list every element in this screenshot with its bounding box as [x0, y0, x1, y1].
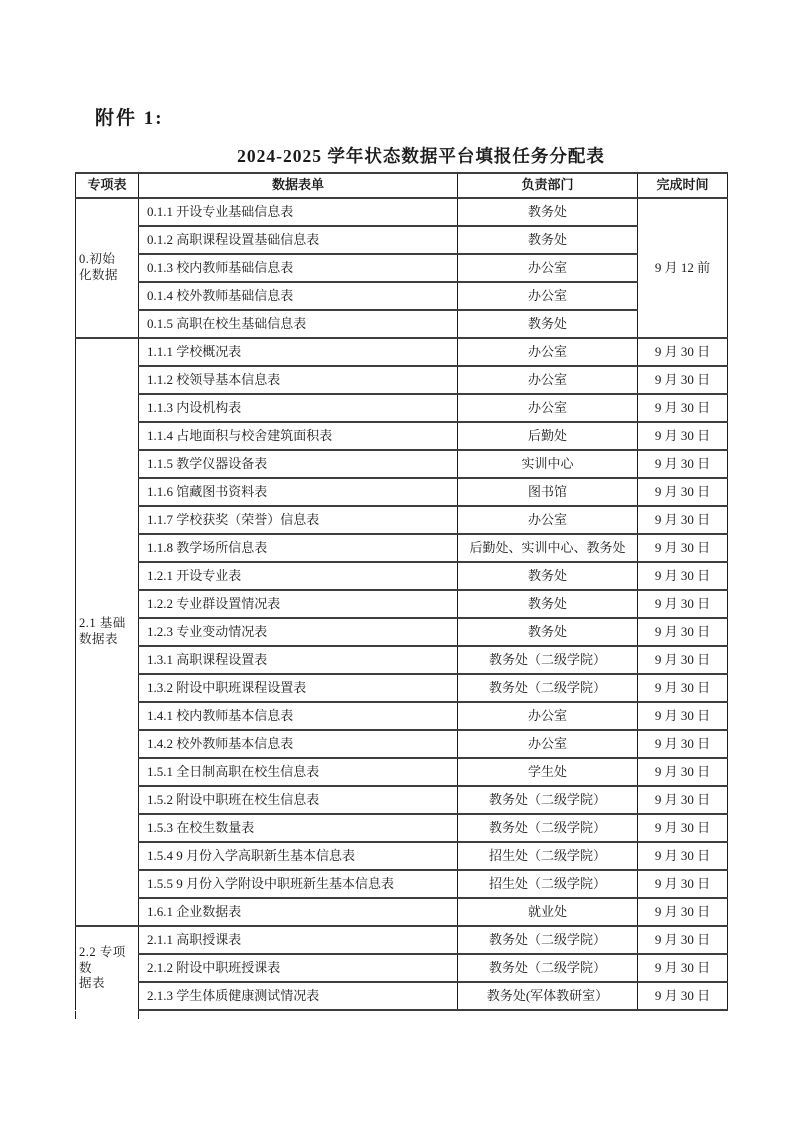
section-label-cell: 0.初始 化数据 — [76, 198, 139, 338]
department-cell: 办公室 — [458, 366, 638, 394]
table-row: 1.4.2 校外教师基本信息表办公室9 月 30 日 — [76, 730, 728, 758]
deadline-cell: 9 月 30 日 — [638, 982, 728, 1010]
department-cell: 后勤处、实训中心、教务处 — [458, 534, 638, 562]
department-cell: 教务处（二级学院） — [458, 786, 638, 814]
form-name-cell: 0.1.3 校内教师基础信息表 — [139, 254, 458, 282]
deadline-cell: 9 月 30 日 — [638, 562, 728, 590]
table-row: 0.1.3 校内教师基础信息表办公室 — [76, 254, 728, 282]
form-name-cell: 1.1.4 占地面积与校舍建筑面积表 — [139, 422, 458, 450]
form-name-cell: 1.1.3 内设机构表 — [139, 394, 458, 422]
page-break-border-stub — [138, 1011, 139, 1019]
department-cell: 办公室 — [458, 702, 638, 730]
table-row: 1.5.2 附设中职班在校生信息表教务处（二级学院）9 月 30 日 — [76, 786, 728, 814]
department-cell: 教务处（二级学院） — [458, 926, 638, 954]
table-row: 2.1 基础 数据表1.1.1 学校概况表办公室9 月 30 日 — [76, 338, 728, 366]
form-name-cell: 1.5.5 9 月份入学附设中职班新生基本信息表 — [139, 870, 458, 898]
department-cell: 办公室 — [458, 506, 638, 534]
table-row: 2.1.2 附设中职班授课表教务处（二级学院）9 月 30 日 — [76, 954, 728, 982]
column-header-special-table: 专项表 — [76, 173, 139, 198]
form-name-cell: 0.1.4 校外教师基础信息表 — [139, 282, 458, 310]
deadline-cell: 9 月 30 日 — [638, 450, 728, 478]
form-name-cell: 2.1.1 高职授课表 — [139, 926, 458, 954]
department-cell: 后勤处 — [458, 422, 638, 450]
form-name-cell: 1.6.1 企业数据表 — [139, 898, 458, 926]
form-name-cell: 1.1.8 教学场所信息表 — [139, 534, 458, 562]
table-row: 2.1.3 学生体质健康测试情况表教务处(军体教研室）9 月 30 日 — [76, 982, 728, 1010]
column-header-department: 负责部门 — [458, 173, 638, 198]
department-cell: 实训中心 — [458, 450, 638, 478]
deadline-cell: 9 月 30 日 — [638, 394, 728, 422]
deadline-cell: 9 月 30 日 — [638, 702, 728, 730]
table-row: 1.1.3 内设机构表办公室9 月 30 日 — [76, 394, 728, 422]
deadline-cell: 9 月 30 日 — [638, 618, 728, 646]
section-label-cell: 2.2 专项数 据表 — [76, 926, 139, 1010]
department-cell: 教务处 — [458, 198, 638, 226]
form-name-cell: 1.2.2 专业群设置情况表 — [139, 590, 458, 618]
table-body: 0.初始 化数据0.1.1 开设专业基础信息表教务处9 月 12 前0.1.2 … — [76, 198, 728, 1010]
form-name-cell: 1.1.2 校领导基本信息表 — [139, 366, 458, 394]
deadline-cell: 9 月 30 日 — [638, 870, 728, 898]
department-cell: 教务处（二级学院） — [458, 674, 638, 702]
department-cell: 图书馆 — [458, 478, 638, 506]
deadline-cell: 9 月 30 日 — [638, 926, 728, 954]
form-name-cell: 2.1.3 学生体质健康测试情况表 — [139, 982, 458, 1010]
department-cell: 办公室 — [458, 730, 638, 758]
table-row: 2.2 专项数 据表2.1.1 高职授课表教务处（二级学院）9 月 30 日 — [76, 926, 728, 954]
department-cell: 教务处 — [458, 226, 638, 254]
table-row: 1.1.4 占地面积与校舍建筑面积表后勤处9 月 30 日 — [76, 422, 728, 450]
deadline-cell: 9 月 30 日 — [638, 898, 728, 926]
document-title: 2024-2025 学年状态数据平台填报任务分配表 — [95, 143, 747, 168]
form-name-cell: 1.4.2 校外教师基本信息表 — [139, 730, 458, 758]
table-row: 1.3.1 高职课程设置表教务处（二级学院）9 月 30 日 — [76, 646, 728, 674]
table-row: 1.1.8 教学场所信息表后勤处、实训中心、教务处9 月 30 日 — [76, 534, 728, 562]
column-header-deadline: 完成时间 — [638, 173, 728, 198]
department-cell: 办公室 — [458, 394, 638, 422]
form-name-cell: 1.1.7 学校获奖（荣誉）信息表 — [139, 506, 458, 534]
form-name-cell: 2.1.2 附设中职班授课表 — [139, 954, 458, 982]
table-row: 1.5.4 9 月份入学高职新生基本信息表招生处（二级学院）9 月 30 日 — [76, 842, 728, 870]
task-table: 专项表 数据表单 负责部门 完成时间 0.初始 化数据0.1.1 开设专业基础信… — [75, 172, 728, 1011]
form-name-cell: 1.4.1 校内教师基本信息表 — [139, 702, 458, 730]
header-row: 专项表 数据表单 负责部门 完成时间 — [76, 173, 728, 198]
form-name-cell: 1.5.2 附设中职班在校生信息表 — [139, 786, 458, 814]
form-name-cell: 0.1.1 开设专业基础信息表 — [139, 198, 458, 226]
table-row: 1.3.2 附设中职班课程设置表教务处（二级学院）9 月 30 日 — [76, 674, 728, 702]
table-row: 1.1.7 学校获奖（荣誉）信息表办公室9 月 30 日 — [76, 506, 728, 534]
department-cell: 办公室 — [458, 254, 638, 282]
department-cell: 就业处 — [458, 898, 638, 926]
form-name-cell: 0.1.2 高职课程设置基础信息表 — [139, 226, 458, 254]
table-row: 1.1.5 教学仪器设备表实训中心9 月 30 日 — [76, 450, 728, 478]
form-name-cell: 1.3.2 附设中职班课程设置表 — [139, 674, 458, 702]
table-row: 0.1.5 高职在校生基础信息表教务处 — [76, 310, 728, 338]
task-allocation-table: 专项表 数据表单 负责部门 完成时间 0.初始 化数据0.1.1 开设专业基础信… — [75, 172, 727, 1011]
form-name-cell: 1.5.1 全日制高职在校生信息表 — [139, 758, 458, 786]
deadline-cell: 9 月 30 日 — [638, 366, 728, 394]
deadline-cell: 9 月 30 日 — [638, 954, 728, 982]
deadline-cell: 9 月 30 日 — [638, 534, 728, 562]
deadline-cell: 9 月 30 日 — [638, 674, 728, 702]
department-cell: 办公室 — [458, 282, 638, 310]
department-cell: 教务处 — [458, 310, 638, 338]
deadline-cell: 9 月 30 日 — [638, 506, 728, 534]
form-name-cell: 1.5.4 9 月份入学高职新生基本信息表 — [139, 842, 458, 870]
form-name-cell: 1.5.3 在校生数量表 — [139, 814, 458, 842]
department-cell: 教务处 — [458, 590, 638, 618]
table-row: 1.4.1 校内教师基本信息表办公室9 月 30 日 — [76, 702, 728, 730]
deadline-cell: 9 月 12 前 — [638, 198, 728, 338]
form-name-cell: 1.2.1 开设专业表 — [139, 562, 458, 590]
attachment-label: 附件 1: — [95, 103, 164, 130]
table-row: 1.5.1 全日制高职在校生信息表学生处9 月 30 日 — [76, 758, 728, 786]
deadline-cell: 9 月 30 日 — [638, 814, 728, 842]
department-cell: 办公室 — [458, 338, 638, 366]
deadline-cell: 9 月 30 日 — [638, 730, 728, 758]
table-row: 1.1.6 馆藏图书资料表图书馆9 月 30 日 — [76, 478, 728, 506]
table-row: 0.1.4 校外教师基础信息表办公室 — [76, 282, 728, 310]
form-name-cell: 1.2.3 专业变动情况表 — [139, 618, 458, 646]
deadline-cell: 9 月 30 日 — [638, 338, 728, 366]
page-break-border-stub — [75, 1011, 76, 1019]
department-cell: 学生处 — [458, 758, 638, 786]
table-row: 1.2.3 专业变动情况表教务处9 月 30 日 — [76, 618, 728, 646]
column-header-data-form: 数据表单 — [139, 173, 458, 198]
department-cell: 教务处 — [458, 562, 638, 590]
department-cell: 招生处（二级学院） — [458, 870, 638, 898]
deadline-cell: 9 月 30 日 — [638, 646, 728, 674]
form-name-cell: 1.1.1 学校概况表 — [139, 338, 458, 366]
form-name-cell: 0.1.5 高职在校生基础信息表 — [139, 310, 458, 338]
form-name-cell: 1.1.5 教学仪器设备表 — [139, 450, 458, 478]
section-label-cell: 2.1 基础 数据表 — [76, 338, 139, 926]
form-name-cell: 1.1.6 馆藏图书资料表 — [139, 478, 458, 506]
department-cell: 招生处（二级学院） — [458, 842, 638, 870]
table-row: 0.初始 化数据0.1.1 开设专业基础信息表教务处9 月 12 前 — [76, 198, 728, 226]
department-cell: 教务处(军体教研室） — [458, 982, 638, 1010]
deadline-cell: 9 月 30 日 — [638, 590, 728, 618]
table-row: 1.1.2 校领导基本信息表办公室9 月 30 日 — [76, 366, 728, 394]
department-cell: 教务处（二级学院） — [458, 954, 638, 982]
deadline-cell: 9 月 30 日 — [638, 758, 728, 786]
table-row: 1.2.1 开设专业表教务处9 月 30 日 — [76, 562, 728, 590]
table-row: 1.5.3 在校生数量表教务处（二级学院）9 月 30 日 — [76, 814, 728, 842]
table-row: 0.1.2 高职课程设置基础信息表教务处 — [76, 226, 728, 254]
table-row: 1.6.1 企业数据表就业处9 月 30 日 — [76, 898, 728, 926]
department-cell: 教务处 — [458, 618, 638, 646]
table-row: 1.2.2 专业群设置情况表教务处9 月 30 日 — [76, 590, 728, 618]
deadline-cell: 9 月 30 日 — [638, 786, 728, 814]
department-cell: 教务处（二级学院） — [458, 814, 638, 842]
department-cell: 教务处（二级学院） — [458, 646, 638, 674]
deadline-cell: 9 月 30 日 — [638, 478, 728, 506]
deadline-cell: 9 月 30 日 — [638, 422, 728, 450]
table-row: 1.5.5 9 月份入学附设中职班新生基本信息表招生处（二级学院）9 月 30 … — [76, 870, 728, 898]
document-page: 附件 1: 2024-2025 学年状态数据平台填报任务分配表 专项表 数据表单… — [0, 0, 793, 1122]
form-name-cell: 1.3.1 高职课程设置表 — [139, 646, 458, 674]
deadline-cell: 9 月 30 日 — [638, 842, 728, 870]
